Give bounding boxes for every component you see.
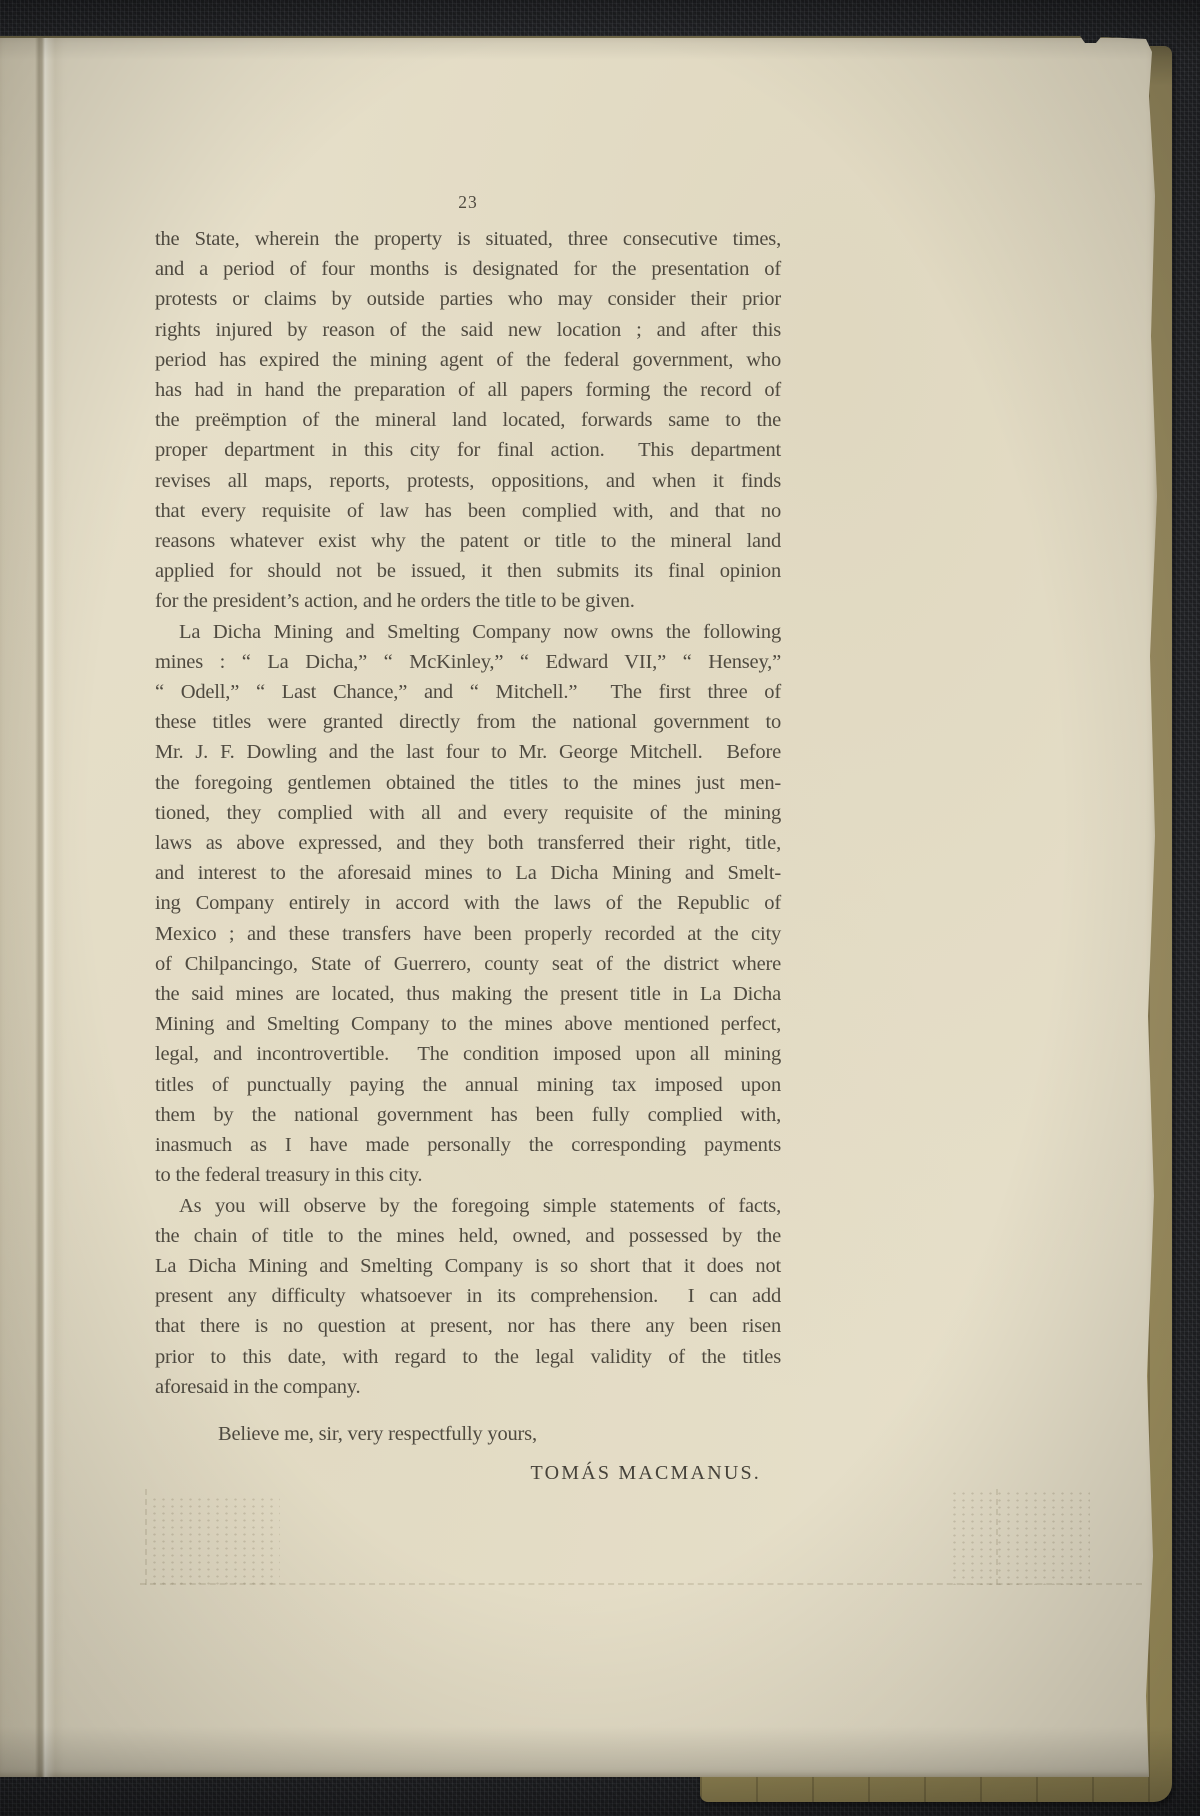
text-line: “ Odell,” “ Last Chance,” and “ Mitchell… <box>155 677 781 707</box>
valediction-line: Believe me, sir, very respectfully yours… <box>218 1419 781 1449</box>
signature-name: TOMÁS MACMANUS. <box>155 1458 781 1488</box>
text-line: rights injured by reason of the said new… <box>155 315 781 345</box>
text-line: legal, and incontrovertible. The conditi… <box>155 1039 781 1069</box>
text-line: mines : “ La Dicha,” “ McKinley,” “ Edwa… <box>155 647 781 677</box>
text-line: present any difficulty whatsoever in its… <box>155 1281 781 1311</box>
text-line: that every requisite of law has been com… <box>155 496 781 526</box>
text-line: them by the national government has been… <box>155 1100 781 1130</box>
scanned-book-photo: 23 the State, wherein the property is si… <box>0 0 1200 1816</box>
text-line: proper department in this city for final… <box>155 435 781 465</box>
show-through-rule-vertical-left <box>145 1489 147 1585</box>
text-line: the chain of title to the mines held, ow… <box>155 1221 781 1251</box>
text-line: Mexico ; and these transfers have been p… <box>155 919 781 949</box>
show-through-speckles-right <box>950 1490 1090 1585</box>
show-through-speckles-left <box>150 1496 280 1588</box>
text-line: revises all maps, reports, protests, opp… <box>155 466 781 496</box>
text-line: the foregoing gentlemen obtained the tit… <box>155 768 781 798</box>
text-line: for the president’s action, and he order… <box>155 586 781 616</box>
text-line: and a period of four months is designate… <box>155 254 781 284</box>
text-line: protests or claims by outside parties wh… <box>155 284 781 314</box>
text-line: tioned, they complied with all and every… <box>155 798 781 828</box>
body-paragraphs: the State, wherein the property is situa… <box>155 224 781 1402</box>
show-through-rule-vertical-right <box>996 1489 998 1585</box>
text-line: applied for should not be issued, it the… <box>155 556 781 586</box>
text-line: ing Company entirely in accord with the … <box>155 888 781 918</box>
text-line: and interest to the aforesaid mines to L… <box>155 858 781 888</box>
text-line: of Chilpancingo, State of Guerrero, coun… <box>155 949 781 979</box>
page-gutter-fold <box>0 38 64 1777</box>
text-line: the preëmption of the mineral land locat… <box>155 405 781 435</box>
text-line: inasmuch as I have made personally the c… <box>155 1130 781 1160</box>
text-line: has had in hand the preparation of all p… <box>155 375 781 405</box>
text-line: that there is no question at present, no… <box>155 1311 781 1341</box>
text-line: Mr. J. F. Dowling and the last four to M… <box>155 737 781 767</box>
text-line: the State, wherein the property is situa… <box>155 224 781 254</box>
book-page: 23 the State, wherein the property is si… <box>0 36 1158 1777</box>
show-through-rule-horizontal <box>140 1583 1142 1585</box>
text-line: the said mines are located, thus making … <box>155 979 781 1009</box>
text-line: reasons whatever exist why the patent or… <box>155 526 781 556</box>
text-line: laws as above expressed, and they both t… <box>155 828 781 858</box>
page-content: 23 the State, wherein the property is si… <box>155 192 781 1488</box>
text-line: La Dicha Mining and Smelting Company now… <box>155 617 781 647</box>
text-line: As you will observe by the foregoing sim… <box>155 1191 781 1221</box>
text-line: period has expired the mining agent of t… <box>155 345 781 375</box>
text-line: to the federal treasury in this city. <box>155 1160 781 1190</box>
page-number: 23 <box>155 192 781 224</box>
text-line: titles of punctually paying the annual m… <box>155 1070 781 1100</box>
text-line: La Dicha Mining and Smelting Company is … <box>155 1251 781 1281</box>
text-line: these titles were granted directly from … <box>155 707 781 737</box>
text-line: prior to this date, with regard to the l… <box>155 1342 781 1372</box>
text-line: aforesaid in the company. <box>155 1372 781 1402</box>
text-line: Mining and Smelting Company to the mines… <box>155 1009 781 1039</box>
